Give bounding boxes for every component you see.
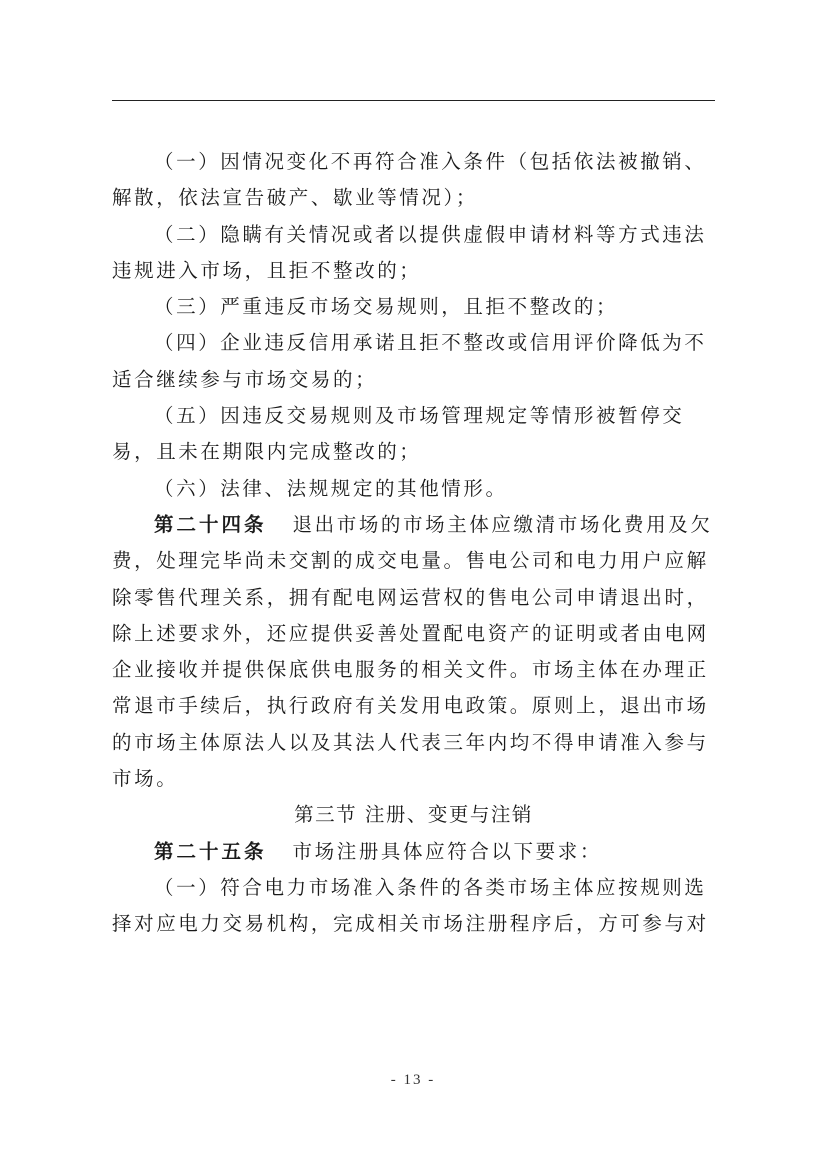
article-24-line: 除零售代理关系，拥有配电网运营权的售电公司申请退出时，: [112, 580, 715, 616]
header-rule: [112, 100, 715, 101]
article-24-line: 常退市手续后，执行政府有关发用电政策。原则上，退出市场: [112, 688, 715, 724]
document-body: （一）因情况变化不再符合准入条件（包括依法被撤销、 解散，依法宣告破产、歇业等情…: [112, 144, 715, 943]
article-24-line: 的市场主体原法人以及其法人代表三年内均不得申请准入参与: [112, 725, 715, 761]
clause-line: （四）企业违反信用承诺且拒不整改或信用评价降低为不: [112, 325, 715, 361]
article-24-line: 企业接收并提供保底供电服务的相关文件。市场主体在办理正: [112, 652, 715, 688]
clause-line: （六）法律、法规规定的其他情形。: [112, 471, 715, 507]
article-24-text: 退出市场的市场主体应缴清市场化费用及欠: [293, 513, 713, 536]
article-24-line: 费，处理完毕尚未交割的成交电量。售电公司和电力用户应解: [112, 543, 715, 579]
article-25-text: 市场注册具体应符合以下要求：: [293, 840, 602, 863]
clause-line: （一）因情况变化不再符合准入条件（包括依法被撤销、: [112, 144, 715, 180]
clause-line: 解散，依法宣告破产、歇业等情况）；: [112, 180, 715, 216]
clause-line: 违规进入市场，且拒不整改的；: [112, 253, 715, 289]
article-24-heading: 第二十四条: [154, 513, 267, 536]
clause-line: （一）符合电力市场准入条件的各类市场主体应按规则选: [112, 870, 715, 906]
section-title: 第三节 注册、变更与注销: [112, 797, 715, 833]
clause-line: 适合继续参与市场交易的；: [112, 362, 715, 398]
article-24-line: 除上述要求外，还应提供妥善处置配电资产的证明或者由电网: [112, 616, 715, 652]
page-number: - 13 -: [0, 1072, 826, 1089]
clause-line: （五）因违反交易规则及市场管理规定等情形被暂停交: [112, 398, 715, 434]
article-25-first-line: 第二十五条市场注册具体应符合以下要求：: [112, 834, 715, 870]
clause-line: 择对应电力交易机构，完成相关市场注册程序后，方可参与对: [112, 906, 715, 942]
clause-line: 易，且未在期限内完成整改的；: [112, 434, 715, 470]
clause-line: （二）隐瞒有关情况或者以提供虚假申请材料等方式违法: [112, 217, 715, 253]
article-24-first-line: 第二十四条退出市场的市场主体应缴清市场化费用及欠: [112, 507, 715, 543]
clause-line: （三）严重违反市场交易规则，且拒不整改的；: [112, 289, 715, 325]
article-24-line: 市场。: [112, 761, 715, 797]
article-25-heading: 第二十五条: [154, 840, 267, 863]
